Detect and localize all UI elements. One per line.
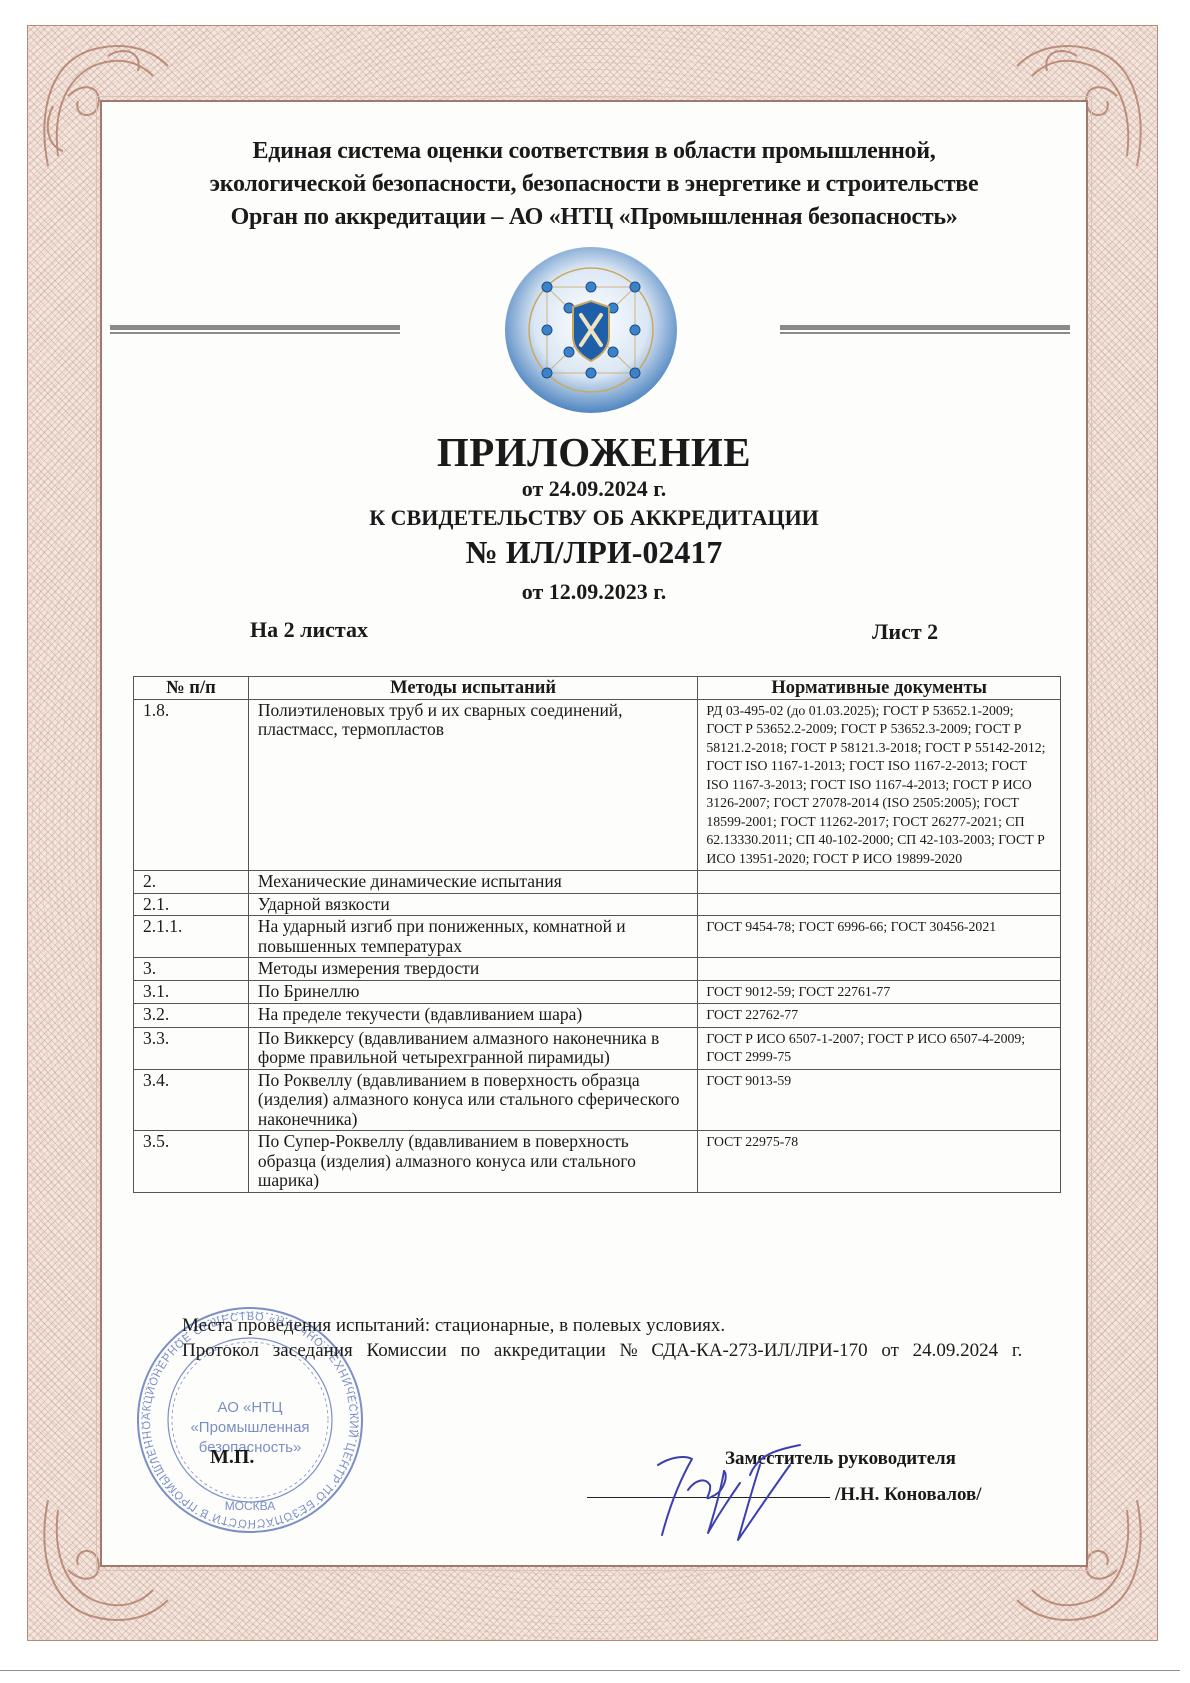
row-number-cell: 3.4. bbox=[134, 1069, 249, 1131]
row-number-cell: 2. bbox=[134, 871, 249, 894]
row-number-cell: 3.5. bbox=[134, 1131, 249, 1193]
column-header-number: № п/п bbox=[134, 677, 249, 700]
table-row: 1.8.Полиэтиленовых труб и их сварных сое… bbox=[134, 699, 1061, 871]
emblem-logo-icon bbox=[503, 245, 679, 415]
column-header-methods: Методы испытаний bbox=[248, 677, 697, 700]
table-row: 3.2.На пределе текучести (вдавливанием ш… bbox=[134, 1004, 1061, 1028]
documents-cell: РД 03-495-02 (до 01.03.2025); ГОСТ Р 536… bbox=[698, 699, 1061, 871]
method-cell: По Бринеллю bbox=[248, 980, 697, 1004]
method-cell: На пределе текучести (вдавливанием шара) bbox=[248, 1004, 697, 1028]
documents-cell: ГОСТ 22762-77 bbox=[698, 1004, 1061, 1028]
row-number-cell: 1.8. bbox=[134, 699, 249, 871]
documents-cell: ГОСТ 9454-78; ГОСТ 6996-66; ГОСТ 30456-2… bbox=[698, 916, 1061, 958]
row-number-cell: 3. bbox=[134, 958, 249, 981]
certificate-number: № ИЛ/ЛРИ-02417 bbox=[100, 534, 1088, 571]
appendix-date: от 24.09.2024 г. bbox=[100, 476, 1088, 502]
documents-cell bbox=[698, 958, 1061, 981]
documents-cell: ГОСТ 9013-59 bbox=[698, 1069, 1061, 1131]
method-cell: По Роквеллу (вдавливанием в поверхность … bbox=[248, 1069, 697, 1131]
method-cell: По Супер-Роквеллу (вдавливанием в поверх… bbox=[248, 1131, 697, 1193]
documents-cell: ГОСТ 9012-59; ГОСТ 22761-77 bbox=[698, 980, 1061, 1004]
page-bottom-divider bbox=[0, 1670, 1180, 1671]
sheet-number: Лист 2 bbox=[872, 619, 938, 645]
decorative-rule-left bbox=[110, 325, 400, 334]
sheets-total: На 2 листах bbox=[250, 617, 368, 643]
table-row: 3.Методы измерения твердости bbox=[134, 958, 1061, 981]
documents-cell: ГОСТ 22975-78 bbox=[698, 1131, 1061, 1193]
testing-places-note: Места проведения испытаний: стационарные… bbox=[157, 1313, 1057, 1338]
issuing-body-header: Единая система оценки соответствия в обл… bbox=[100, 135, 1088, 234]
table-row: 3.4.По Роквеллу (вдавливанием в поверхно… bbox=[134, 1069, 1061, 1131]
table-row: 2.1.1.На ударный изгиб при пониженных, к… bbox=[134, 916, 1061, 958]
documents-cell bbox=[698, 893, 1061, 916]
method-cell: Полиэтиленовых труб и их сварных соедине… bbox=[248, 699, 697, 871]
certificate-date: от 12.09.2023 г. bbox=[100, 579, 1088, 605]
table-row: 3.3.По Виккерсу (вдавливанием алмазного … bbox=[134, 1027, 1061, 1069]
row-number-cell: 3.1. bbox=[134, 980, 249, 1004]
table-row: 2.Механические динамические испытания bbox=[134, 871, 1061, 894]
row-number-cell: 3.3. bbox=[134, 1027, 249, 1069]
method-cell: Механические динамические испытания bbox=[248, 871, 697, 894]
table-row: 3.5.По Супер-Роквеллу (вдавливанием в по… bbox=[134, 1131, 1061, 1193]
row-number-cell: 2.1. bbox=[134, 893, 249, 916]
header-line-3: Орган по аккредитации – АО «НТЦ «Промышл… bbox=[100, 201, 1088, 234]
method-cell: Методы измерения твердости bbox=[248, 958, 697, 981]
documents-cell bbox=[698, 871, 1061, 894]
row-number-cell: 3.2. bbox=[134, 1004, 249, 1028]
method-cell: По Виккерсу (вдавливанием алмазного нако… bbox=[248, 1027, 697, 1069]
header-line-2: экологической безопасности, безопасности… bbox=[100, 168, 1088, 201]
decorative-rule-right bbox=[780, 325, 1070, 334]
logo-row bbox=[100, 245, 1088, 415]
handwritten-signature-icon bbox=[640, 1435, 820, 1545]
certificate-label: К СВИДЕТЕЛЬСТВУ ОБ АККРЕДИТАЦИИ bbox=[100, 505, 1088, 531]
table-row: 2.1.Ударной вязкости bbox=[134, 893, 1061, 916]
table-row: 3.1.По БринеллюГОСТ 9012-59; ГОСТ 22761-… bbox=[134, 980, 1061, 1004]
stamp-line-1: АО «НТЦ bbox=[218, 1399, 283, 1416]
method-cell: Ударной вязкости bbox=[248, 893, 697, 916]
stamp-line-2: «Промышленная bbox=[190, 1419, 309, 1436]
seal-place-label: М.П. bbox=[210, 1446, 254, 1469]
column-header-documents: Нормативные документы bbox=[698, 677, 1061, 700]
row-number-cell: 2.1.1. bbox=[134, 916, 249, 958]
stamp-city: МОСКВА bbox=[225, 1499, 276, 1513]
test-methods-table: № п/п Методы испытаний Нормативные докум… bbox=[133, 676, 1061, 1193]
method-cell: На ударный изгиб при пониженных, комнатн… bbox=[248, 916, 697, 958]
documents-cell: ГОСТ Р ИСО 6507-1-2007; ГОСТ Р ИСО 6507-… bbox=[698, 1027, 1061, 1069]
notes-section: Места проведения испытаний: стационарные… bbox=[157, 1313, 1057, 1363]
document-title: ПРИЛОЖЕНИЕ bbox=[100, 430, 1088, 474]
commission-protocol-note: Протокол заседания Комиссии по аккредита… bbox=[157, 1338, 1057, 1363]
signer-name: /Н.Н. Коновалов/ bbox=[835, 1484, 982, 1506]
header-line-1: Единая система оценки соответствия в обл… bbox=[100, 135, 1088, 168]
table-header-row: № п/п Методы испытаний Нормативные докум… bbox=[134, 677, 1061, 700]
